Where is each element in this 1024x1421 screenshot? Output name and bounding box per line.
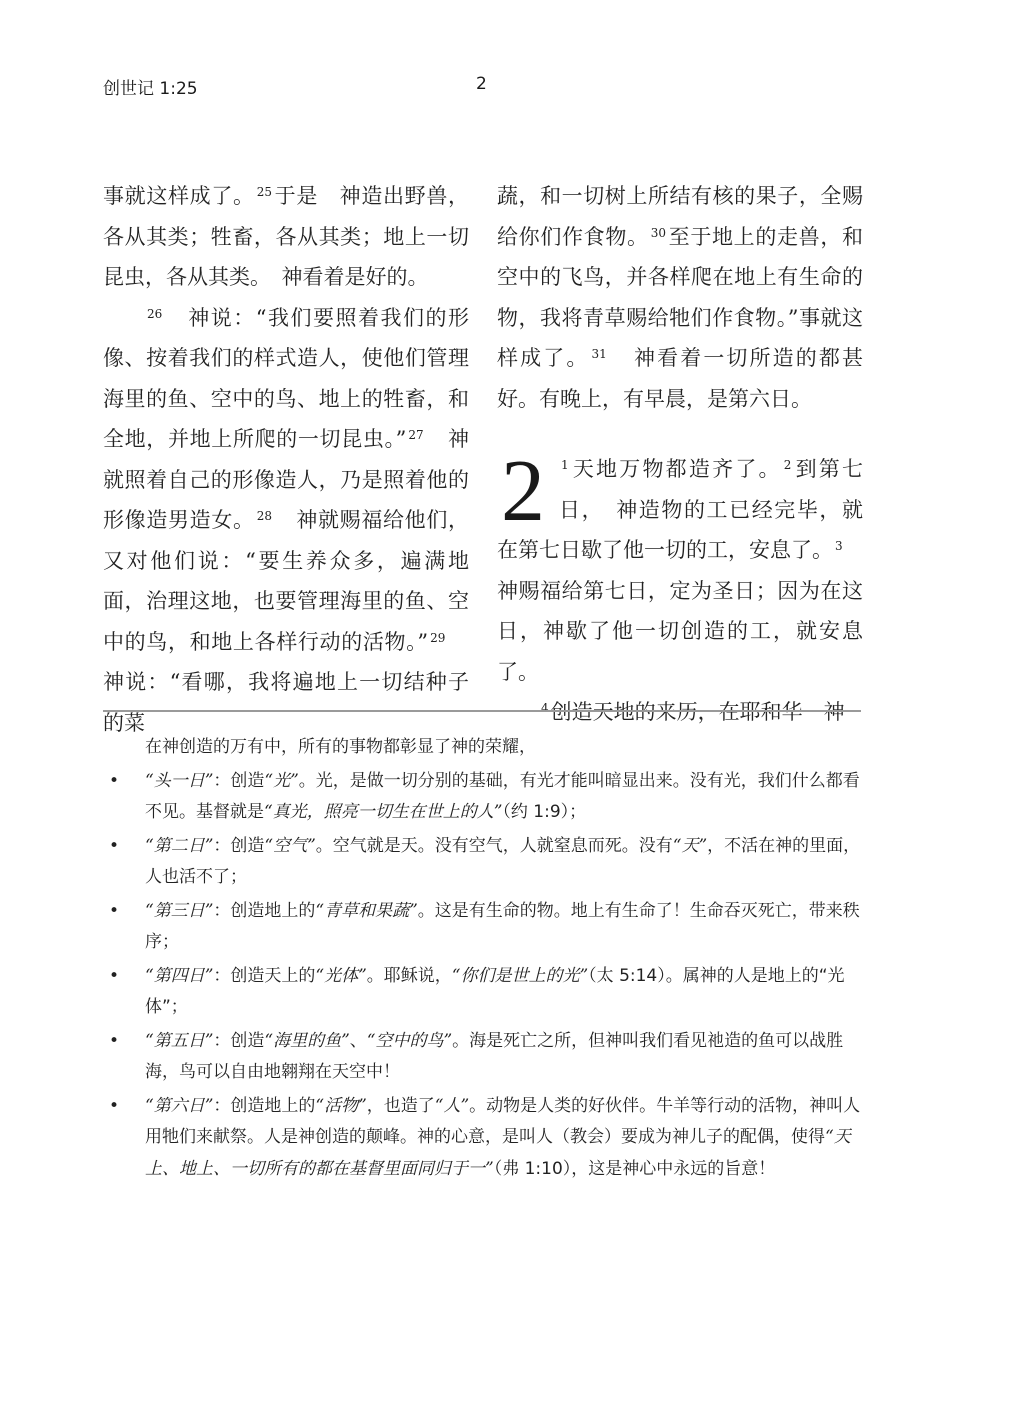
text-run: 天地万物都造齐了。 bbox=[571, 457, 782, 481]
emphasis-text: “人” bbox=[435, 1096, 469, 1116]
verse-number: 4 bbox=[541, 701, 549, 715]
verse-number: 2 bbox=[784, 458, 792, 472]
emphasis-text: “第五日” bbox=[145, 1031, 213, 1051]
emphasis-text: “空中的鸟” bbox=[367, 1031, 452, 1051]
verse-number: 3 bbox=[835, 539, 843, 553]
emphasis-text: “天” bbox=[673, 836, 707, 856]
emphasis-text: “空气” bbox=[264, 836, 315, 856]
verse-paragraph: 1天地万物都造齐了。2到第七日， 神造物的工已经完毕，就在第七日歇了他一切的工，… bbox=[497, 449, 863, 692]
emphasis-text: “第二日” bbox=[145, 836, 213, 856]
verse-number: 1 bbox=[561, 458, 569, 472]
text-run: ：创造 bbox=[213, 771, 264, 791]
book-reference: 创世记 1:25 bbox=[103, 74, 198, 99]
verse-paragraph: 26 神说：“我们要照着我们的形像、按着我们的样式造人，使他们管理海里的鱼、空中… bbox=[103, 298, 469, 744]
text-run: ：创造天上的 bbox=[213, 966, 315, 986]
emphasis-text: “头一日” bbox=[145, 771, 213, 791]
text-run: 事就这样成了。 bbox=[103, 184, 255, 208]
bullet-icon: • bbox=[109, 961, 119, 993]
chapter-number: 2 bbox=[501, 457, 545, 527]
bullet-icon: • bbox=[109, 1091, 119, 1123]
text-run: ：创造地上的 bbox=[213, 1096, 315, 1116]
list-item: •“第六日”：创造地上的“活物”，也造了“人”。动物是人类的好伙伴。牛羊等行动的… bbox=[103, 1091, 863, 1186]
notes-intro: 在神创造的万有中，所有的事物都彰显了神的荣耀， bbox=[103, 732, 863, 764]
footnote-divider bbox=[103, 710, 861, 712]
verse-number: 29 bbox=[430, 631, 445, 645]
list-item: •“第四日”：创造天上的“光体”。耶稣说，“你们是世上的光”（太 5:14）。属… bbox=[103, 961, 863, 1024]
bullet-icon: • bbox=[109, 1026, 119, 1058]
text-run: 。空气就是天。没有空气，人就窒息而死。没有 bbox=[316, 836, 673, 856]
list-item: •“第五日”：创造“海里的鱼”、“空中的鸟”。海是死亡之所，但神叫我们看见祂造的… bbox=[103, 1026, 863, 1089]
verse-paragraph: 蔬，和一切树上所结有核的果子，全赐给你们作食物。30至于地上的走兽，和空中的飞鸟… bbox=[497, 176, 863, 419]
text-run: ，也造了 bbox=[367, 1096, 435, 1116]
verse-number: 28 bbox=[257, 509, 272, 523]
emphasis-text: “活物” bbox=[315, 1096, 366, 1116]
verse-paragraph: 4创造天地的来历，在耶和华 神 bbox=[497, 692, 863, 733]
verse-number: 26 bbox=[147, 307, 162, 321]
verse-number: 27 bbox=[408, 428, 423, 442]
emphasis-text: “真光，照亮一切生在世上的人” bbox=[264, 802, 502, 822]
text-run: 。耶稣说， bbox=[367, 966, 452, 986]
scripture-column-right: 蔬，和一切树上所结有核的果子，全赐给你们作食物。30至于地上的走兽，和空中的飞鸟… bbox=[497, 176, 863, 733]
text-run: 、 bbox=[350, 1031, 367, 1051]
emphasis-text: “青草和果蔬” bbox=[315, 901, 417, 921]
text-run: ：创造 bbox=[213, 1031, 264, 1051]
bullet-icon: • bbox=[109, 766, 119, 798]
text-run: ：创造地上的 bbox=[213, 901, 315, 921]
text-run: ：创造 bbox=[213, 836, 264, 856]
page-number: 2 bbox=[476, 74, 487, 94]
emphasis-text: “光” bbox=[264, 771, 298, 791]
emphasis-text: “第六日” bbox=[145, 1096, 213, 1116]
emphasis-text: “海里的鱼” bbox=[264, 1031, 349, 1051]
text-run: （弗 1:10），这是神心中永远的旨意！ bbox=[494, 1159, 776, 1179]
emphasis-text: “第三日” bbox=[145, 901, 213, 921]
list-item: •“第二日”：创造“空气”。空气就是天。没有空气，人就窒息而死。没有“天”，不活… bbox=[103, 831, 863, 894]
list-item: •“第三日”：创造地上的“青草和果蔬”。这是有生命的物。地上有生命了！生命吞灭死… bbox=[103, 896, 863, 959]
verse-number: 31 bbox=[591, 347, 606, 361]
commentary-notes: 在神创造的万有中，所有的事物都彰显了神的荣耀， •“头一日”：创造“光”。光，是… bbox=[103, 732, 863, 1185]
emphasis-text: “光体” bbox=[315, 966, 366, 986]
emphasis-text: “第四日” bbox=[145, 966, 213, 986]
bullet-icon: • bbox=[109, 831, 119, 863]
emphasis-text: “你们是世上的光” bbox=[452, 966, 588, 986]
verse-number: 25 bbox=[257, 185, 272, 199]
verse-paragraph: 事就这样成了。25于是 神造出野兽，各从其类；牲畜，各从其类；地上一切昆虫，各从… bbox=[103, 176, 469, 298]
text-run: （约 1:9）； bbox=[502, 802, 586, 822]
creation-days-list: •“头一日”：创造“光”。光，是做一切分别的基础，有光才能叫暗显出来。没有光，我… bbox=[103, 766, 863, 1186]
scripture-column-left: 事就这样成了。25于是 神造出野兽，各从其类；牲畜，各从其类；地上一切昆虫，各从… bbox=[103, 176, 469, 743]
text-run: 创造天地的来历，在耶和华 神 bbox=[551, 700, 845, 724]
list-item: •“头一日”：创造“光”。光，是做一切分别的基础，有光才能叫暗显出来。没有光，我… bbox=[103, 766, 863, 829]
bullet-icon: • bbox=[109, 896, 119, 928]
verse-number: 30 bbox=[651, 226, 666, 240]
chapter-2-block: 2 1天地万物都造齐了。2到第七日， 神造物的工已经完毕，就在第七日歇了他一切的… bbox=[497, 449, 863, 692]
